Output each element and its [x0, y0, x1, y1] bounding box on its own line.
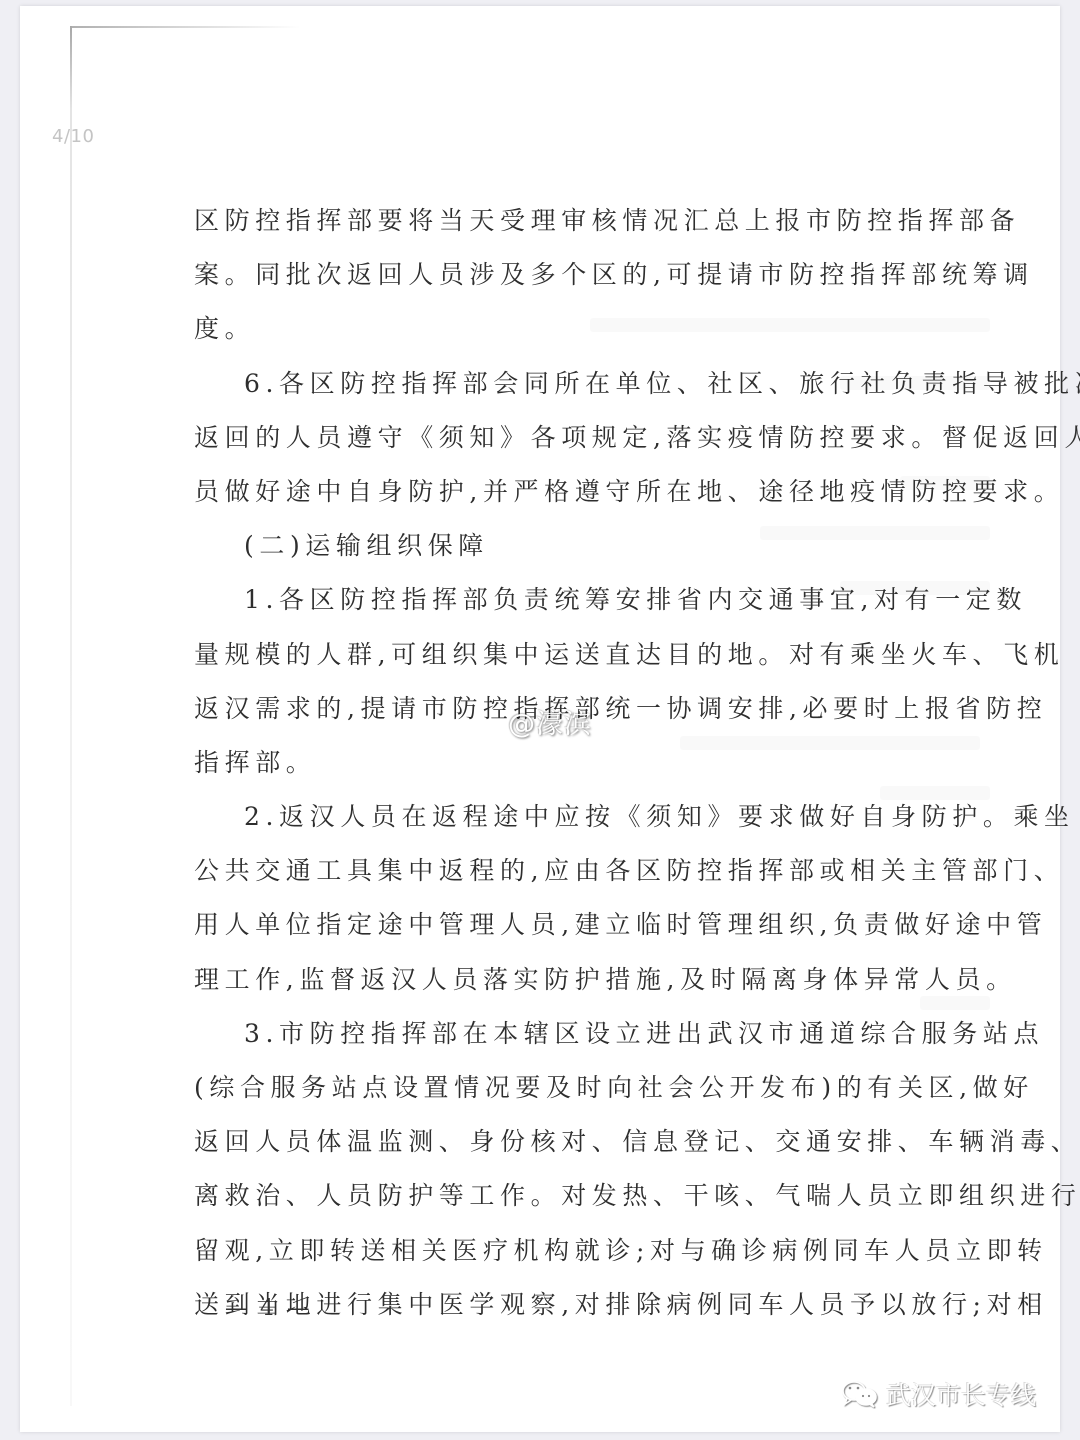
document-body: 区防控指挥部要将当天受理审核情况汇总上报市防控指挥部备案。同批次返回人员涉及多个… — [194, 194, 974, 1332]
page-number: — 4 — — [225, 1296, 312, 1321]
watermark-account-name: 武汉市长专线 — [886, 1376, 1036, 1412]
document-line: 返回人员体温监测、身份核对、信息登记、交通安排、车辆消毒、隔 — [194, 1115, 974, 1169]
document-line: 返回的人员遵守《须知》各项规定,落实疫情防控要求。督促返回人 — [194, 411, 974, 465]
document-line: (综合服务站点设置情况要及时向社会公开发布)的有关区,做好 — [194, 1061, 974, 1115]
document-line: 离救治、人员防护等工作。对发热、干咳、气喘人员立即组织进行 — [194, 1169, 974, 1223]
page-counter: 4/10 — [52, 126, 94, 147]
document-line: 留观,立即转送相关医疗机构就诊;对与确诊病例同车人员立即转 — [194, 1224, 974, 1278]
document-line: 案。同批次返回人员涉及多个区的,可提请市防控指挥部统筹调 — [194, 248, 974, 302]
document-line: 用人单位指定途中管理人员,建立临时管理组织,负责做好途中管 — [194, 898, 974, 952]
document-line: 指挥部。 — [194, 736, 974, 790]
scan-edge-top — [70, 26, 300, 28]
document-line: 6.各区防控指挥部会同所在单位、社区、旅行社负责指导被批准 — [194, 357, 974, 411]
document-line: 区防控指挥部要将当天受理审核情况汇总上报市防控指挥部备 — [194, 194, 974, 248]
document-line: (二)运输组织保障 — [194, 519, 974, 573]
watermark-account: 武汉市长专线 — [840, 1376, 1036, 1412]
watermark-username: @濠滨 — [508, 702, 592, 741]
document-line: 2.返汉人员在返程途中应按《须知》要求做好自身防护。乘坐 — [194, 790, 974, 844]
scan-edge-left — [70, 26, 72, 1406]
document-line: 3.市防控指挥部在本辖区设立进出武汉市通道综合服务站点 — [194, 1007, 974, 1061]
document-line: 公共交通工具集中返程的,应由各区防控指挥部或相关主管部门、 — [194, 844, 974, 898]
document-line: 度。 — [194, 302, 974, 356]
document-page: 4/10 区防控指挥部要将当天受理审核情况汇总上报市防控指挥部备案。同批次返回人… — [20, 6, 1060, 1432]
document-line: 员做好途中自身防护,并严格遵守所在地、途径地疫情防控要求。 — [194, 465, 974, 519]
wechat-icon — [840, 1379, 880, 1409]
document-line: 量规模的人群,可组织集中运送直达目的地。对有乘坐火车、飞机 — [194, 628, 974, 682]
document-line: 理工作,监督返汉人员落实防护措施,及时隔离身体异常人员。 — [194, 953, 974, 1007]
document-line: 1.各区防控指挥部负责统筹安排省内交通事宜,对有一定数 — [194, 573, 974, 627]
